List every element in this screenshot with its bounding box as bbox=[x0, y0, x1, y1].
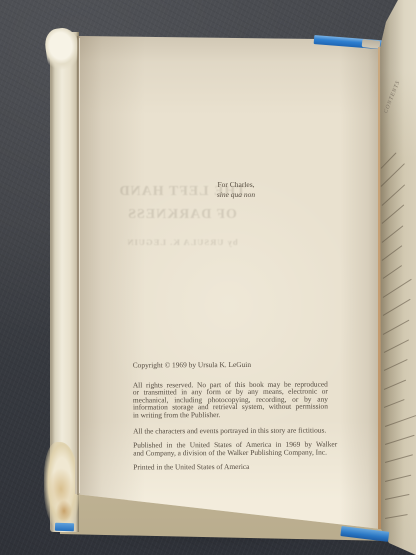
cover-blue-bottom-left bbox=[55, 523, 74, 532]
contents-entry-line bbox=[385, 494, 410, 500]
contents-entry-line bbox=[384, 415, 416, 427]
contents-entry-line bbox=[383, 319, 410, 335]
contents-entry-line bbox=[382, 245, 403, 261]
contents-entry-line bbox=[382, 279, 411, 299]
contents-entry-line bbox=[382, 265, 402, 279]
contents-entry-line bbox=[385, 474, 412, 482]
contents-entry-line bbox=[385, 455, 413, 464]
contents-entry-line bbox=[381, 205, 404, 225]
contents-entry-line bbox=[384, 379, 407, 390]
contents-entry-line bbox=[383, 339, 409, 353]
contents-entry-line bbox=[385, 514, 408, 519]
contents-entry-line bbox=[380, 152, 396, 169]
contents-entry-line bbox=[384, 399, 405, 408]
contents-entry-lines bbox=[0, 0, 416, 555]
contents-entry-line bbox=[385, 435, 415, 446]
contents-entry-line bbox=[381, 184, 405, 206]
contents-entry-line bbox=[382, 225, 404, 243]
contents-entry-line bbox=[383, 359, 407, 371]
contents-entry-line bbox=[381, 164, 406, 188]
contents-entry-line bbox=[383, 299, 411, 317]
book-photo: THE LEFT HAND OF DARKNESS by URSULA K. L… bbox=[0, 0, 416, 555]
